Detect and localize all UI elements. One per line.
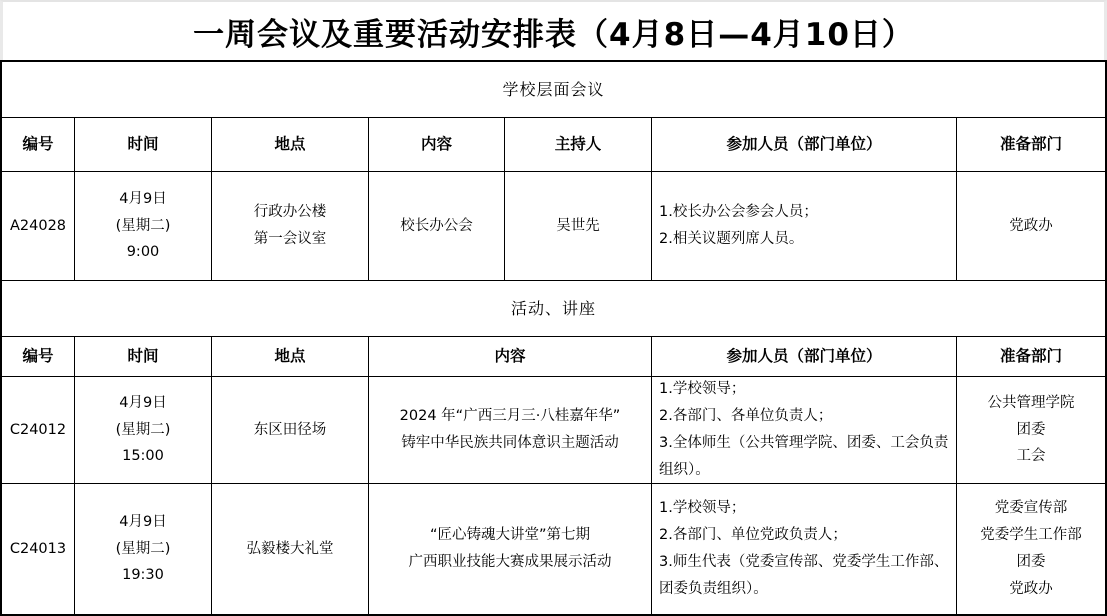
cell-time: 4月9日 (星期二) 15:00 bbox=[75, 377, 212, 483]
cell-participants: 1.学校领导； 2.各部门、单位党政负责人； 3.师生代表（党委宣传部、党委学生… bbox=[652, 484, 957, 614]
schedule-table: 学校层面会议 编号 时间 地点 内容 主持人 参加人员（部门单位） 准备部门 A… bbox=[0, 60, 1107, 616]
section-title-activities: 活动、讲座 bbox=[2, 281, 1105, 336]
cell-participants: 1.校长办公会参会人员； 2.相关议题列席人员。 bbox=[652, 172, 957, 280]
table-row-C24013: C24013 4月9日 (星期二) 19:30 弘毅楼大礼堂 “匠心铸魂大讲堂”… bbox=[2, 484, 1105, 614]
column-header-content: 内容 bbox=[369, 118, 505, 171]
column-header-prepare: 准备部门 bbox=[957, 337, 1105, 376]
section-title-meetings: 学校层面会议 bbox=[2, 62, 1105, 117]
schedule-page: 一周会议及重要活动安排表（4月8日—4月10日） 学校层面会议 编号 时间 地点… bbox=[0, 0, 1107, 616]
cell-prepare: 公共管理学院 团委 工会 bbox=[957, 377, 1105, 483]
cell-place: 行政办公楼 第一会议室 bbox=[212, 172, 369, 280]
cell-place: 东区田径场 bbox=[212, 377, 369, 483]
cell-code: C24013 bbox=[2, 484, 75, 614]
column-header-participants: 参加人员（部门单位） bbox=[652, 337, 957, 376]
cell-place: 弘毅楼大礼堂 bbox=[212, 484, 369, 614]
page-title-row: 一周会议及重要活动安排表（4月8日—4月10日） bbox=[0, 0, 1107, 60]
column-header-place: 地点 bbox=[212, 118, 369, 171]
cell-host: 吴世先 bbox=[505, 172, 652, 280]
column-header-row-meetings: 编号 时间 地点 内容 主持人 参加人员（部门单位） 准备部门 bbox=[2, 118, 1105, 172]
column-header-time: 时间 bbox=[75, 118, 212, 171]
cell-code: A24028 bbox=[2, 172, 75, 280]
cell-prepare: 党政办 bbox=[957, 172, 1105, 280]
cell-code: C24012 bbox=[2, 377, 75, 483]
cell-time: 4月9日 (星期二) 19:30 bbox=[75, 484, 212, 614]
column-header-row-activities: 编号 时间 地点 内容 参加人员（部门单位） 准备部门 bbox=[2, 337, 1105, 377]
column-header-code: 编号 bbox=[2, 118, 75, 171]
page-title: 一周会议及重要活动安排表（4月8日—4月10日） bbox=[193, 9, 914, 54]
cell-content: 校长办公会 bbox=[369, 172, 505, 280]
column-header-content: 内容 bbox=[369, 337, 652, 376]
cell-content: “匠心铸魂大讲堂”第七期 广西职业技能大赛成果展示活动 bbox=[369, 484, 652, 614]
column-header-code: 编号 bbox=[2, 337, 75, 376]
table-row-A24028: A24028 4月9日 (星期二) 9:00 行政办公楼 第一会议室 校长办公会… bbox=[2, 172, 1105, 281]
column-header-time: 时间 bbox=[75, 337, 212, 376]
section-header-row-activities: 活动、讲座 bbox=[2, 281, 1105, 337]
column-header-place: 地点 bbox=[212, 337, 369, 376]
cell-time: 4月9日 (星期二) 9:00 bbox=[75, 172, 212, 280]
cell-content: 2024 年“广西三月三·八桂嘉年华” 铸牢中华民族共同体意识主题活动 bbox=[369, 377, 652, 483]
column-header-participants: 参加人员（部门单位） bbox=[652, 118, 957, 171]
column-header-host: 主持人 bbox=[505, 118, 652, 171]
cell-participants: 1.学校领导； 2.各部门、各单位负责人； 3.全体师生（公共管理学院、团委、工… bbox=[652, 377, 957, 483]
cell-prepare: 党委宣传部 党委学生工作部 团委 党政办 bbox=[957, 484, 1105, 614]
table-row-C24012: C24012 4月9日 (星期二) 15:00 东区田径场 2024 年“广西三… bbox=[2, 377, 1105, 484]
column-header-prepare: 准备部门 bbox=[957, 118, 1105, 171]
section-header-row-meetings: 学校层面会议 bbox=[2, 62, 1105, 118]
